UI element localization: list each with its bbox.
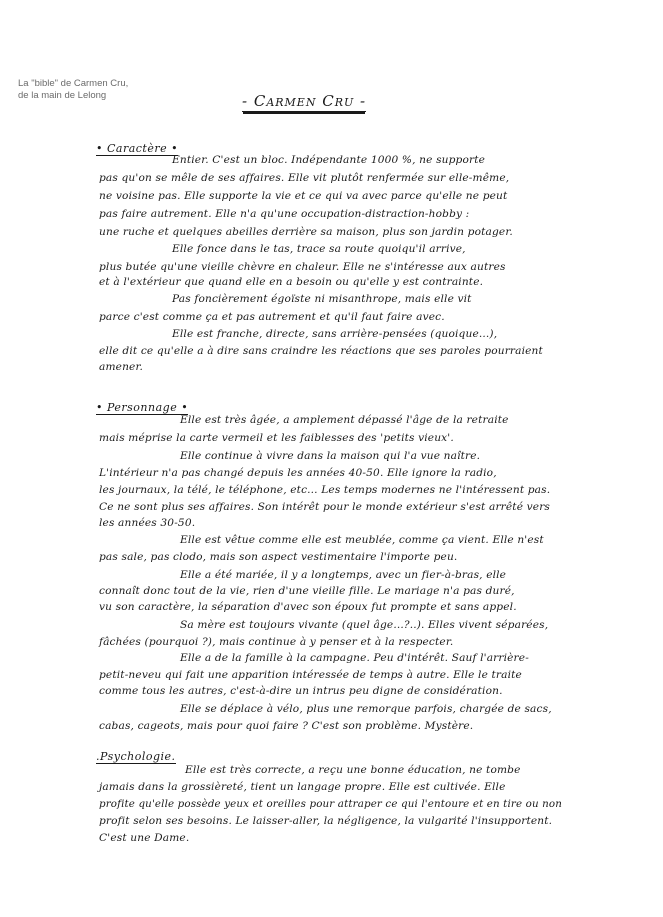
text-line: connaît donc tout de la vie, rien d'une … <box>99 585 515 597</box>
text-line: ne voisine pas. Elle supporte la vie et … <box>99 190 507 202</box>
text-line: les journaux, la télé, le téléphone, etc… <box>99 484 550 496</box>
text-line: L'intérieur n'a pas changé depuis les an… <box>99 467 497 479</box>
caption-line-1: La "bible" de Carmen Cru, <box>18 78 128 90</box>
section-heading-caractere: • Caractère • <box>96 142 178 155</box>
section-heading-personnage: • Personnage • <box>96 401 188 414</box>
text-line: cabas, cageots, mais pour quoi faire ? C… <box>99 720 473 732</box>
text-line: pas faire autrement. Elle n'a qu'une occ… <box>99 208 469 220</box>
text-line: petit-neveu qui fait une apparition inté… <box>99 669 522 681</box>
image-caption: La "bible" de Carmen Cru, de la main de … <box>18 78 128 101</box>
text-line: plus butée qu'une vieille chèvre en chal… <box>99 261 506 273</box>
text-line: Elle est très correcte, a reçu une bonne… <box>185 764 521 776</box>
text-line: Elle fonce dans le tas, trace sa route q… <box>172 243 466 255</box>
text-line: Elle est franche, directe, sans arrière-… <box>172 328 497 340</box>
text-line: parce c'est comme ça et pas autrement et… <box>99 311 445 323</box>
text-line: Elle continue à vivre dans la maison qui… <box>180 450 480 462</box>
text-line: Pas foncièrement égoïste ni misanthrope,… <box>172 293 472 305</box>
text-line: mais méprise la carte vermeil et les fai… <box>99 432 454 444</box>
text-line: C'est une Dame. <box>99 832 189 844</box>
text-line: Elle est très âgée, a amplement dépassé … <box>180 414 509 426</box>
text-line: les années 30-50. <box>99 517 195 529</box>
text-line: Elle se déplace à vélo, plus une remorqu… <box>180 703 552 715</box>
text-line: Ce ne sont plus ses affaires. Son intérê… <box>99 501 550 513</box>
section-heading-psychologie: .Psychologie. <box>96 750 176 763</box>
text-line: jamais dans la grossièreté, tient un lan… <box>99 781 506 793</box>
text-line: comme tous les autres, c'est-à-dire un i… <box>99 685 503 697</box>
text-line: Elle a de la famille à la campagne. Peu … <box>180 652 529 664</box>
text-line: pas sale, pas clodo, mais son aspect ves… <box>99 551 457 563</box>
text-line: profite qu'elle possède yeux et oreilles… <box>99 798 562 810</box>
text-line: elle dit ce qu'elle a à dire sans craind… <box>99 345 543 357</box>
page-title-text: - Carmen Cru - <box>242 92 366 112</box>
text-line: vu son caractère, la séparation d'avec s… <box>99 601 517 613</box>
text-line: amener. <box>99 361 143 373</box>
caption-line-2: de la main de Lelong <box>18 90 128 102</box>
text-line: Elle est vêtue comme elle est meublée, c… <box>180 534 544 546</box>
text-line: Sa mère est toujours vivante (quel âge..… <box>180 619 548 631</box>
text-line: Entier. C'est un bloc. Indépendante 1000… <box>172 154 485 166</box>
text-line: et à l'extérieur que quand elle en a bes… <box>99 276 483 288</box>
page-title: - Carmen Cru - <box>242 92 366 110</box>
text-line: pas qu'on se mêle de ses affaires. Elle … <box>99 172 509 184</box>
text-line: profit selon ses besoins. Le laisser-all… <box>99 815 552 827</box>
text-line: une ruche et quelques abeilles derrière … <box>99 226 513 238</box>
text-line: fâchées (pourquoi ?), mais continue à y … <box>99 636 453 648</box>
text-line: Elle a été mariée, il y a longtemps, ave… <box>180 569 506 581</box>
